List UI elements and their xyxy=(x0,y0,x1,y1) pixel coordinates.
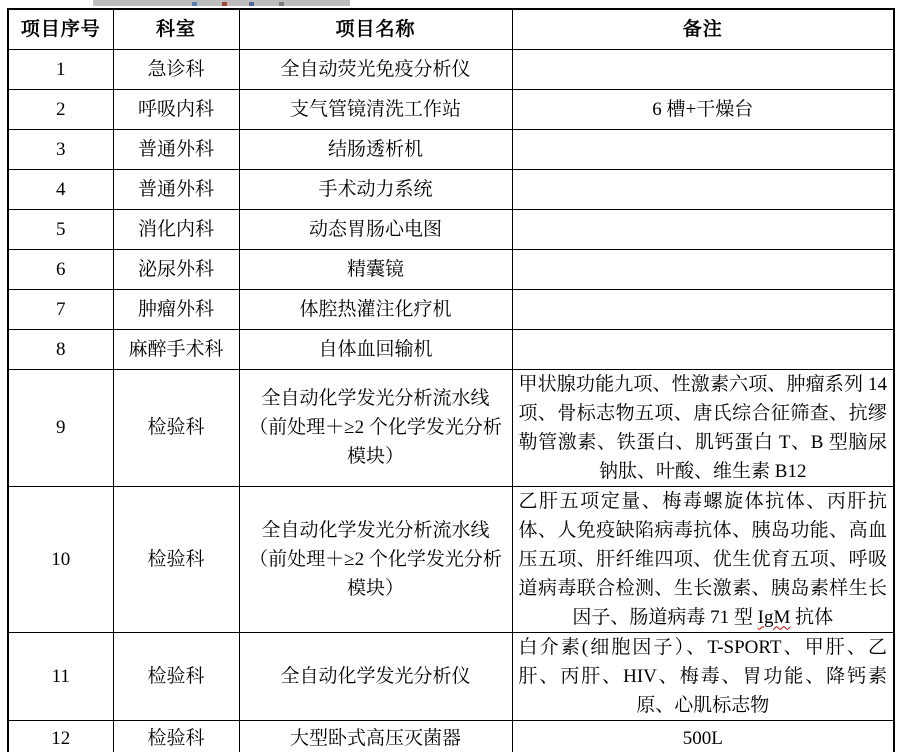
seq-cell: 9 xyxy=(8,369,113,486)
clipped-pixel-speck xyxy=(222,2,227,6)
name-cell: 支气管镜清洗工作站 xyxy=(239,89,512,129)
table-row: 3 普通外科 结肠透析机 xyxy=(8,129,894,169)
name-cell: 大型卧式高压灭菌器 xyxy=(239,720,512,752)
seq-cell: 12 xyxy=(8,720,113,752)
remark-cell xyxy=(512,169,894,209)
header-dept: 科室 xyxy=(113,9,239,49)
dept-cell: 普通外科 xyxy=(113,129,239,169)
table-row: 11 检验科 全自动化学发光分析仪 白介素(细胞因子）、T-SPORT、甲肝、乙… xyxy=(8,632,894,720)
remark-cell xyxy=(512,209,894,249)
remark-cell xyxy=(512,329,894,369)
remark-cell: 500L xyxy=(512,720,894,752)
header-name: 项目名称 xyxy=(239,9,512,49)
name-cell: 结肠透析机 xyxy=(239,129,512,169)
name-cell: 全自动化学发光分析流水线（前处理＋≥2 个化学发光分析模块） xyxy=(239,369,512,486)
dept-cell: 消化内科 xyxy=(113,209,239,249)
dept-cell: 检验科 xyxy=(113,369,239,486)
seq-cell: 4 xyxy=(8,169,113,209)
table-row: 4 普通外科 手术动力系统 xyxy=(8,169,894,209)
table-row: 1 急诊科 全自动荧光免疫分析仪 xyxy=(8,49,894,89)
dept-cell: 检验科 xyxy=(113,632,239,720)
equipment-table: 项目序号 科室 项目名称 备注 1 急诊科 全自动荧光免疫分析仪 2 呼吸内科 … xyxy=(7,8,895,752)
table-row: 6 泌尿外科 精囊镜 xyxy=(8,249,894,289)
seq-cell: 11 xyxy=(8,632,113,720)
seq-cell: 6 xyxy=(8,249,113,289)
table-row: 5 消化内科 动态胃肠心电图 xyxy=(8,209,894,249)
seq-cell: 1 xyxy=(8,49,113,89)
dept-cell: 麻醉手术科 xyxy=(113,329,239,369)
remark-cell xyxy=(512,49,894,89)
header-row: 项目序号 科室 项目名称 备注 xyxy=(8,9,894,49)
name-cell: 全自动荧光免疫分析仪 xyxy=(239,49,512,89)
table-row: 9 检验科 全自动化学发光分析流水线（前处理＋≥2 个化学发光分析模块） 甲状腺… xyxy=(8,369,894,486)
dept-cell: 检验科 xyxy=(113,720,239,752)
remark-cell xyxy=(512,129,894,169)
table-row: 12 检验科 大型卧式高压灭菌器 500L xyxy=(8,720,894,752)
dept-cell: 肿瘤外科 xyxy=(113,289,239,329)
clipped-element-fragment xyxy=(93,0,350,6)
remark-cell xyxy=(512,249,894,289)
dept-cell: 检验科 xyxy=(113,486,239,632)
name-cell: 全自动化学发光分析仪 xyxy=(239,632,512,720)
name-cell: 手术动力系统 xyxy=(239,169,512,209)
table-row: 2 呼吸内科 支气管镜清洗工作站 6 槽+干燥台 xyxy=(8,89,894,129)
name-cell: 动态胃肠心电图 xyxy=(239,209,512,249)
name-cell: 精囊镜 xyxy=(239,249,512,289)
seq-cell: 7 xyxy=(8,289,113,329)
name-cell: 体腔热灌注化疗机 xyxy=(239,289,512,329)
seq-cell: 8 xyxy=(8,329,113,369)
clipped-pixel-speck xyxy=(279,2,284,6)
dept-cell: 泌尿外科 xyxy=(113,249,239,289)
dept-cell: 呼吸内科 xyxy=(113,89,239,129)
remark-cell: 6 槽+干燥台 xyxy=(512,89,894,129)
seq-cell: 10 xyxy=(8,486,113,632)
table-row: 10 检验科 全自动化学发光分析流水线（前处理＋≥2 个化学发光分析模块） 乙肝… xyxy=(8,486,894,632)
remark-text: 抗体 xyxy=(790,607,833,628)
seq-cell: 2 xyxy=(8,89,113,129)
remark-cell: 白介素(细胞因子）、T-SPORT、甲肝、乙肝、丙肝、HIV、梅毒、胃功能、降钙… xyxy=(512,632,894,720)
dept-cell: 普通外科 xyxy=(113,169,239,209)
remark-cell: 甲状腺功能九项、性激素六项、肿瘤系列 14 项、骨标志物五项、唐氏综合征筛查、抗… xyxy=(512,369,894,486)
remark-cell xyxy=(512,289,894,329)
header-remark: 备注 xyxy=(512,9,894,49)
misspelled-word: IgM xyxy=(758,607,791,628)
dept-cell: 急诊科 xyxy=(113,49,239,89)
table-row: 7 肿瘤外科 体腔热灌注化疗机 xyxy=(8,289,894,329)
seq-cell: 5 xyxy=(8,209,113,249)
clipped-pixel-speck xyxy=(192,2,197,6)
clipped-pixel-speck xyxy=(249,2,254,6)
table-row: 8 麻醉手术科 自体血回输机 xyxy=(8,329,894,369)
name-cell: 自体血回输机 xyxy=(239,329,512,369)
header-seq: 项目序号 xyxy=(8,9,113,49)
name-cell: 全自动化学发光分析流水线（前处理＋≥2 个化学发光分析模块） xyxy=(239,486,512,632)
seq-cell: 3 xyxy=(8,129,113,169)
remark-cell: 乙肝五项定量、梅毒螺旋体抗体、丙肝抗体、人免疫缺陷病毒抗体、胰岛功能、高血压五项… xyxy=(512,486,894,632)
